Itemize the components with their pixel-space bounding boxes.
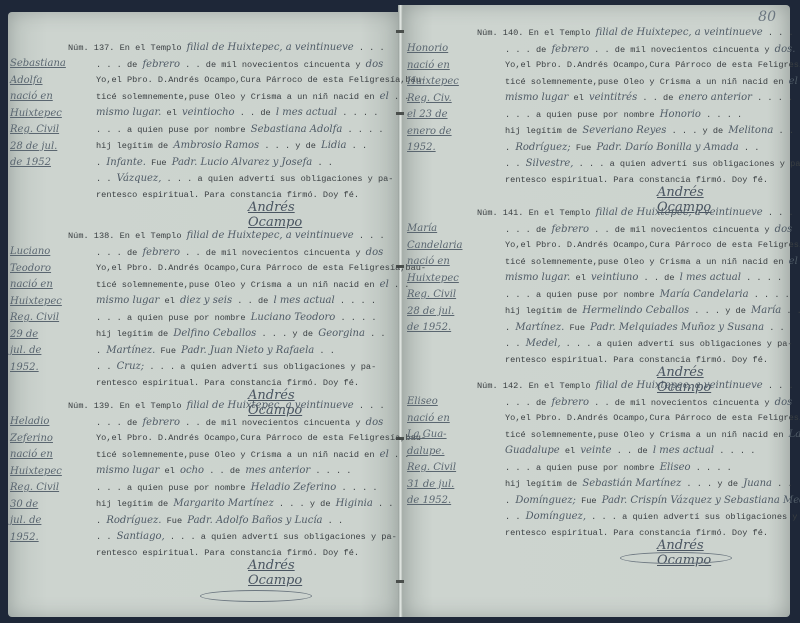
static-text: de mil novecientos cincuenta y xyxy=(206,60,361,70)
static-text: Yo,el Pbro. D.Andrés Ocampo,Cura Párroco… xyxy=(477,238,800,254)
static-text: el xyxy=(167,108,177,118)
margin-notes: MaríaCandelarianació enHuixtepecReg. Civ… xyxy=(407,221,479,337)
father-name: Severiano Reyes xyxy=(582,125,666,136)
entry-body: Núm. 138. En el Templo filial de Huixtep… xyxy=(68,228,426,391)
margin-note-line: de 1952 xyxy=(10,155,68,172)
margin-note-line: el 23 de xyxy=(407,107,479,124)
margin-note-line: nació en xyxy=(10,89,68,106)
birth-place: mismo lugar xyxy=(96,295,159,306)
static-text: Fue xyxy=(576,143,591,153)
godparents: Padr. Lucio Alvarez y Josefa xyxy=(172,157,313,168)
father-name: Delfino Ceballos xyxy=(173,328,256,339)
static-text: y de xyxy=(717,479,738,489)
mother-surname: Martínez. xyxy=(515,322,564,333)
folio-number: 80 xyxy=(758,9,776,25)
static-text: de xyxy=(663,93,673,103)
static-text: de mil novecientos cincuenta y xyxy=(615,398,770,408)
margin-note-line: Huixtepec xyxy=(10,106,68,123)
entry-number: Núm. 141. xyxy=(477,208,523,218)
static-text: de xyxy=(127,60,137,70)
static-text: de mil novecientos cincuenta y xyxy=(615,45,770,55)
mother-surname: Rodríguez; xyxy=(515,142,570,153)
birth-day: veinte xyxy=(580,445,611,456)
mother-name: Georgina xyxy=(318,328,365,339)
mother-surname: Rodríguez. xyxy=(106,515,161,526)
year-suffix: dos xyxy=(366,417,384,428)
birth-day: ocho xyxy=(180,465,204,476)
static-text: Yo,el Pbro. D.Andrés Ocampo,Cura Párroco… xyxy=(68,431,426,447)
birth-month: enero anterior xyxy=(679,92,752,103)
static-text: rentesco espiritual. Para constancia fir… xyxy=(477,173,800,189)
month: febrero xyxy=(551,224,589,235)
godparent-surname: Santiago, xyxy=(117,531,165,542)
temple-name: filial de Huixtepec, a veintinueve xyxy=(596,207,763,218)
static-text: de mil novecientos cincuenta y xyxy=(206,248,361,258)
margin-note-line: de 1952. xyxy=(407,320,479,337)
margin-note-line: 28 de jul. xyxy=(407,304,479,321)
static-text: Yo,el Pbro. D.Andrés Ocampo,Cura Párroco… xyxy=(477,58,800,74)
margin-notes: SebastianaAdolfanació enHuixtepecReg. Ci… xyxy=(10,56,68,172)
margin-note-line: Candelaria xyxy=(407,238,479,255)
month: febrero xyxy=(142,417,180,428)
birth-month: l mes actual xyxy=(276,107,337,118)
static-text: rentesco espiritual. Para constancia fir… xyxy=(477,526,800,542)
birthplace-prefix: el xyxy=(380,91,389,102)
static-text: ticé solemnemente,puse Oleo y Crisma a u… xyxy=(96,280,374,290)
birth-place: mismo lugar xyxy=(505,92,568,103)
static-text: Yo,el Pbro. D.Andrés Ocampo,Cura Párroco… xyxy=(68,73,426,89)
month: febrero xyxy=(142,247,180,258)
year-suffix: dos xyxy=(775,224,793,235)
margin-note-line: 1952. xyxy=(10,530,68,547)
margin-note-line: Huixtepec xyxy=(10,294,68,311)
margin-note-line: jul. de xyxy=(10,343,68,360)
static-text: Fue xyxy=(570,323,585,333)
mother-name: Higinia xyxy=(336,498,373,509)
mother-surname: Domínguez; xyxy=(515,495,576,506)
mother-name: Melitona xyxy=(728,125,773,136)
godparents: Padr. Melquiades Muñoz y Susana xyxy=(590,322,764,333)
signature-flourish xyxy=(200,590,312,602)
static-text: ticé solemnemente,puse Oleo y Crisma a u… xyxy=(505,77,783,87)
static-text: y de xyxy=(292,329,313,339)
entry-body: Núm. 142. En el Templo filial de Huixtep… xyxy=(477,378,800,541)
margin-note-line: nació en xyxy=(407,411,479,428)
static-text: de xyxy=(258,296,268,306)
static-text: el xyxy=(565,446,575,456)
birth-day: veintiuno xyxy=(591,272,638,283)
static-text: En el Templo xyxy=(529,208,591,218)
static-text: a quien puse por nombre xyxy=(127,125,246,135)
static-text: a quien advertí sus obligaciones y pa- xyxy=(198,174,394,184)
static-text: a quien puse por nombre xyxy=(127,483,246,493)
static-text: de xyxy=(127,248,137,258)
year-suffix: dos xyxy=(775,397,793,408)
static-text: hij legítim de xyxy=(505,479,577,489)
margin-note-line: Reg. Civil xyxy=(10,310,68,327)
static-text: y de xyxy=(725,306,746,316)
month: febrero xyxy=(551,44,589,55)
godparents: Padr. Juan Nieto y Rafaela xyxy=(181,345,314,356)
margin-note-line: 30 de xyxy=(10,497,68,514)
month: febrero xyxy=(142,59,180,70)
margin-note-line: 31 de jul. xyxy=(407,477,479,494)
margin-note-line: Luciano xyxy=(10,244,68,261)
father-name: Margarito Martínez xyxy=(173,498,273,509)
margin-note-line: Teodoro xyxy=(10,261,68,278)
priest-signature: Andrés Ocampo xyxy=(248,200,302,230)
year-suffix: dos xyxy=(366,247,384,258)
static-text: ticé solemnemente,puse Oleo y Crisma a u… xyxy=(96,450,374,460)
margin-note-line: 28 de jul. xyxy=(10,139,68,156)
entry-body: Núm. 137. En el Templo filial de Huixtep… xyxy=(68,40,426,203)
entry-body: Núm. 140. En el Templo filial de Huixtep… xyxy=(477,25,800,188)
static-text: hij legítim de xyxy=(96,141,168,151)
static-text: a quien puse por nombre xyxy=(536,110,655,120)
static-text: rentesco espiritual. Para constancia fir… xyxy=(477,353,800,369)
birth-day: veintitrés xyxy=(589,92,637,103)
static-text: En el Templo xyxy=(529,381,591,391)
baptized-name: Honorio xyxy=(660,109,701,120)
mother-name: María xyxy=(751,305,781,316)
static-text: En el Templo xyxy=(529,28,591,38)
mother-surname: Martínez. xyxy=(106,345,155,356)
birth-month: l mes actual xyxy=(653,445,714,456)
father-name: Hermelindo Ceballos xyxy=(582,305,689,316)
year-suffix: dos. xyxy=(775,44,796,55)
birthplace-prefix: el xyxy=(789,76,798,87)
static-text: y de xyxy=(295,141,316,151)
static-text: a quien puse por nombre xyxy=(536,290,655,300)
baptized-name: María Candelaria xyxy=(660,289,749,300)
godparent-surname: Silvestre, xyxy=(526,158,574,169)
margin-note-line: Honorio xyxy=(407,41,479,58)
margin-note-line: Huixtepec xyxy=(407,74,479,91)
static-text: el xyxy=(573,93,583,103)
margin-note-line: Reg. Civil xyxy=(10,122,68,139)
temple-name: filial de Huixtepec, a veintinueve xyxy=(187,230,354,241)
baptized-name: Heladio Zeferino xyxy=(251,482,337,493)
margin-note-line: nació en xyxy=(407,254,479,271)
margin-note-line: de 1952. xyxy=(407,493,479,510)
margin-note-line: 29 de xyxy=(10,327,68,344)
birth-day: diez y seis xyxy=(180,295,232,306)
margin-note-line: Eliseo xyxy=(407,394,479,411)
static-text: En el Templo xyxy=(120,401,182,411)
birth-month: l mes actual xyxy=(273,295,334,306)
static-text: el xyxy=(576,273,586,283)
margin-notes: Eliseonació enLa Gua-dalupe.Reg. Civil31… xyxy=(407,394,479,510)
static-text: Fue xyxy=(161,346,176,356)
temple-name: filial de Huixtepec, a veintinueve xyxy=(187,42,354,53)
margin-notes: Honorionació enHuixtepecReg. Civ.el 23 d… xyxy=(407,41,479,157)
godparent-surname: Vázquez, xyxy=(117,173,162,184)
birth-day: veintiocho xyxy=(182,107,235,118)
signature-flourish xyxy=(620,552,732,564)
static-text: a quien advertí sus obligaciones y pa- xyxy=(201,532,397,542)
margin-note-line: Sebastiana xyxy=(10,56,68,73)
entry-number: Núm. 140. xyxy=(477,28,523,38)
static-text: a quien advertí sus obligaciones y pa- xyxy=(597,339,793,349)
entry-number: Núm. 137. xyxy=(68,43,114,53)
birth-place: mismo lugar. xyxy=(505,272,570,283)
birth-place: mismo lugar xyxy=(96,465,159,476)
static-text: hij legítim de xyxy=(505,126,577,136)
baptized-name: Eliseo xyxy=(660,462,691,473)
father-name: Sebastián Martínez xyxy=(582,478,681,489)
month: febrero xyxy=(551,397,589,408)
static-text: a quien puse por nombre xyxy=(127,313,246,323)
margin-note-line: nació en xyxy=(407,58,479,75)
static-text: ticé solemnemente,puse Oleo y Crisma a u… xyxy=(96,92,374,102)
margin-note-line: Heladio xyxy=(10,414,68,431)
static-text: a quien advertí sus obligaciones y pa- xyxy=(180,362,376,372)
birthplace-prefix: La xyxy=(789,429,800,440)
static-text: y de xyxy=(703,126,724,136)
entry-body: Núm. 139. En el Templo filial de Huixtep… xyxy=(68,398,426,561)
margin-note-line: enero de xyxy=(407,124,479,141)
margin-notes: LucianoTeodoronació enHuixtepecReg. Civi… xyxy=(10,244,68,376)
static-text: de xyxy=(637,446,647,456)
static-text: de xyxy=(536,398,546,408)
static-text: de xyxy=(230,466,240,476)
static-text: En el Templo xyxy=(120,231,182,241)
birthplace-prefix: el xyxy=(380,449,389,460)
entry-number: Núm. 138. xyxy=(68,231,114,241)
static-text: hij legítim de xyxy=(96,499,168,509)
mother-name: Lidia xyxy=(321,140,346,151)
margin-note-line: 1952. xyxy=(10,360,68,377)
father-name: Ambrosio Ramos xyxy=(173,140,259,151)
static-text: de xyxy=(536,225,546,235)
binding-stitch xyxy=(396,580,404,583)
static-text: ticé solemnemente,puse Oleo y Crisma a u… xyxy=(505,430,783,440)
margin-note-line: Huixtepec xyxy=(10,464,68,481)
margin-note-line: María xyxy=(407,221,479,238)
mother-name: Juana xyxy=(743,478,772,489)
static-text: de mil novecientos cincuenta y xyxy=(206,418,361,428)
temple-name: filial de Huixtepec, a veintinueve xyxy=(596,380,763,391)
godparents: Padr. Adolfo Baños y Lucía xyxy=(187,515,322,526)
margin-note-line: Adolfa xyxy=(10,73,68,90)
static-text: Yo,el Pbro. D.Andrés Ocampo,Cura Párroco… xyxy=(477,411,800,427)
margin-note-line: La Gua- xyxy=(407,427,479,444)
static-text: Fue xyxy=(151,158,166,168)
godparent-surname: Cruz; xyxy=(117,361,145,372)
static-text: de xyxy=(260,108,270,118)
static-text: de xyxy=(536,45,546,55)
margin-note-line: jul. de xyxy=(10,513,68,530)
birthplace-prefix: el xyxy=(380,279,389,290)
birth-month: l mes actual xyxy=(680,272,741,283)
godparents: Padr. Darío Bonilla y Amada xyxy=(596,142,738,153)
baptized-name: Sebastiana Adolfa xyxy=(251,124,343,135)
birth-month: mes anterior xyxy=(245,465,310,476)
baptized-name: Luciano Teodoro xyxy=(251,312,336,323)
margin-note-line: Huixtepec xyxy=(407,271,479,288)
godparents: Padr. Crispín Vázquez y Sebastiana Medel… xyxy=(602,495,800,506)
binding-stitch xyxy=(396,30,404,33)
static-text: Fue xyxy=(167,516,182,526)
static-text: hij legítim de xyxy=(96,329,168,339)
temple-name: filial de Huixtepec, a veintinueve xyxy=(596,27,763,38)
static-text: a quien advertí sus obligaciones y pa- xyxy=(610,159,800,169)
margin-note-line: Reg. Civ. xyxy=(407,91,479,108)
static-text: de xyxy=(664,273,674,283)
static-text: ticé solemnemente,puse Oleo y Crisma a u… xyxy=(505,257,783,267)
static-text: a quien puse por nombre xyxy=(536,463,655,473)
static-text: Fue xyxy=(581,496,596,506)
mother-surname: Infante. xyxy=(106,157,146,168)
entry-number: Núm. 142. xyxy=(477,381,523,391)
margin-note-line: Reg. Civil xyxy=(407,287,479,304)
margin-note-line: Zeferino xyxy=(10,431,68,448)
birth-place: mismo lugar. xyxy=(96,107,161,118)
static-text: a quien advertí sus obligaciones y pa- xyxy=(622,512,800,522)
year-suffix: dos xyxy=(366,59,384,70)
static-text: Yo,el Pbro. D.Andrés Ocampo,Cura Párroco… xyxy=(68,261,426,277)
margin-notes: HeladioZeferinonació enHuixtepecReg. Civ… xyxy=(10,414,68,546)
margin-note-line: Reg. Civil xyxy=(407,460,479,477)
margin-note-line: nació en xyxy=(10,447,68,464)
static-text: el xyxy=(164,296,174,306)
temple-name: filial de Huixtepec, a veintinueve xyxy=(187,400,354,411)
margin-note-line: 1952. xyxy=(407,140,479,157)
birth-place: Guadalupe xyxy=(505,445,560,456)
birthplace-prefix: el xyxy=(789,256,798,267)
entry-body: Núm. 141. En el Templo filial de Huixtep… xyxy=(477,205,800,368)
static-text: En el Templo xyxy=(120,43,182,53)
static-text: de xyxy=(127,418,137,428)
margin-note-line: nació en xyxy=(10,277,68,294)
godparent-surname: Medel, xyxy=(526,338,561,349)
static-text: el xyxy=(164,466,174,476)
static-text: de mil novecientos cincuenta y xyxy=(615,225,770,235)
margin-note-line: dalupe. xyxy=(407,444,479,461)
godparent-surname: Domínguez, xyxy=(526,511,586,522)
margin-note-line: Reg. Civil xyxy=(10,480,68,497)
static-text: hij legítim de xyxy=(505,306,577,316)
entry-number: Núm. 139. xyxy=(68,401,114,411)
priest-signature: Andrés Ocampo xyxy=(248,558,302,588)
static-text: y de xyxy=(310,499,331,509)
